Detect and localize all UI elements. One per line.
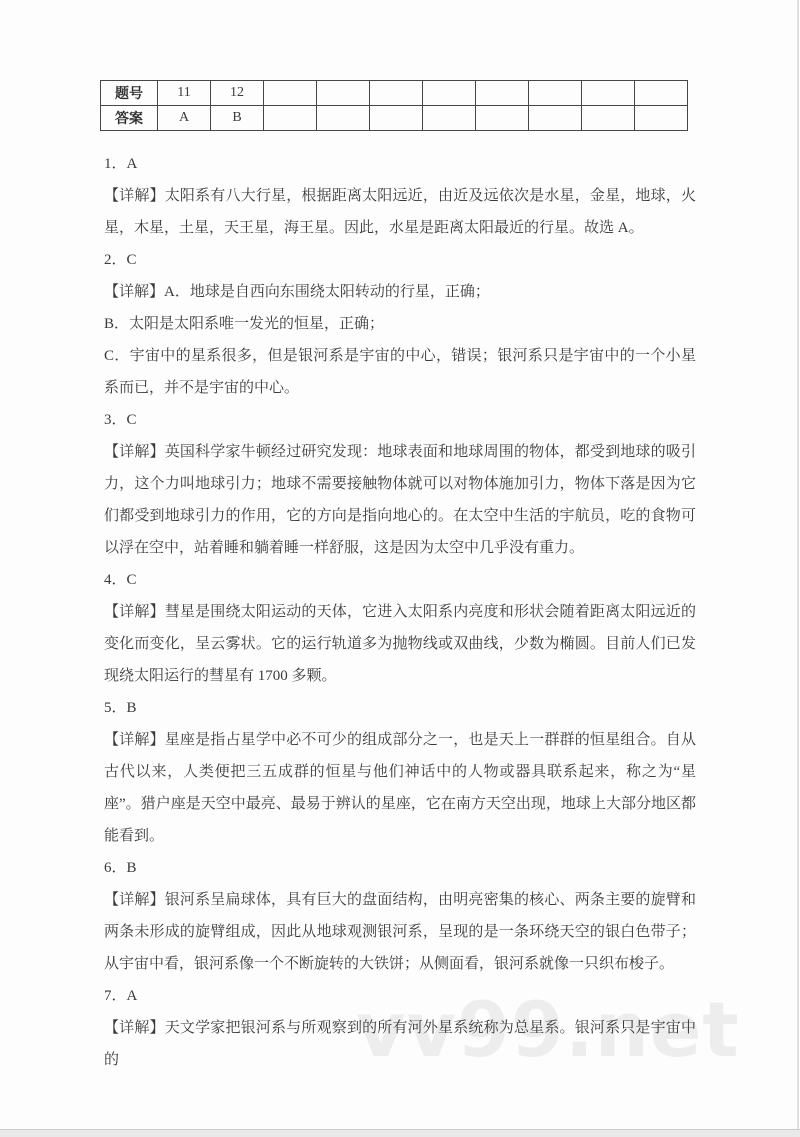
scan-edge-shadow xyxy=(797,0,799,1137)
solution-heading: 6．B xyxy=(104,852,696,884)
answer-cell xyxy=(529,106,582,131)
question-number-row: 题号 1112 xyxy=(101,81,688,106)
question-number-cell xyxy=(423,81,476,106)
question-number-cell xyxy=(635,81,688,106)
answer-cell xyxy=(317,106,370,131)
solution-heading: 5．B xyxy=(104,692,696,724)
scanned-answer-sheet-page: 题号 1112 答案 AB 1．A【详解】太阳系有八大行星，根据距离太阳远近，由… xyxy=(0,0,800,1137)
solution-paragraph: C．宇宙中的星系很多，但是银河系是宇宙的中心，错误；银河系只是宇宙中的一个小星系… xyxy=(104,340,696,404)
solution-heading: 4．C xyxy=(104,564,696,596)
question-number-cell xyxy=(529,81,582,106)
answer-cell xyxy=(582,106,635,131)
solution-heading: 2．C xyxy=(104,244,696,276)
solution-paragraph: 【详解】彗星是围绕太阳运动的天体，它进入太阳系内亮度和形状会随着距离太阳远近的变… xyxy=(104,596,696,692)
question-number-cell xyxy=(370,81,423,106)
solution-heading: 3．C xyxy=(104,404,696,436)
solutions-list: 1．A【详解】太阳系有八大行星，根据距离太阳远近，由近及远依次是水星，金星，地球… xyxy=(104,148,696,1076)
solution-paragraph: 【详解】太阳系有八大行星，根据距离太阳远近，由近及远依次是水星，金星，地球，火星… xyxy=(104,180,696,244)
question-row-label: 题号 xyxy=(101,81,158,106)
page-bottom-edge xyxy=(0,1129,800,1137)
answer-cell: B xyxy=(211,106,264,131)
answer-row: 答案 AB xyxy=(101,106,688,131)
question-number-cell xyxy=(476,81,529,106)
answer-cell xyxy=(476,106,529,131)
answer-cell xyxy=(264,106,317,131)
answer-row-label: 答案 xyxy=(101,106,158,131)
question-number-cell: 11 xyxy=(158,81,211,106)
solution-heading: 1．A xyxy=(104,148,696,180)
solution-paragraph: 【详解】银河系呈扁球体，具有巨大的盘面结构，由明亮密集的核心、两条主要的旋臂和两… xyxy=(104,884,696,980)
question-number-cell: 12 xyxy=(211,81,264,106)
answer-cell xyxy=(635,106,688,131)
question-number-cell xyxy=(264,81,317,106)
question-number-cell xyxy=(317,81,370,106)
answer-cell xyxy=(423,106,476,131)
question-number-cell xyxy=(582,81,635,106)
answer-cell xyxy=(370,106,423,131)
solution-paragraph: 【详解】天文学家把银河系与所观察到的所有河外星系统称为总星系。银河系只是宇宙中的 xyxy=(104,1012,696,1076)
solution-paragraph: 【详解】A．地球是自西向东围绕太阳转动的行星，正确； xyxy=(104,276,696,308)
solution-paragraph: 【详解】星座是指占星学中必不可少的组成部分之一，也是天上一群群的恒星组合。自从古… xyxy=(104,724,696,852)
solution-heading: 7．A xyxy=(104,980,696,1012)
answer-table: 题号 1112 答案 AB xyxy=(100,80,688,131)
answer-cell: A xyxy=(158,106,211,131)
solution-paragraph: B．太阳是太阳系唯一发光的恒星，正确； xyxy=(104,308,696,340)
solution-paragraph: 【详解】英国科学家牛顿经过研究发现：地球表面和地球周围的物体，都受到地球的吸引力… xyxy=(104,436,696,564)
